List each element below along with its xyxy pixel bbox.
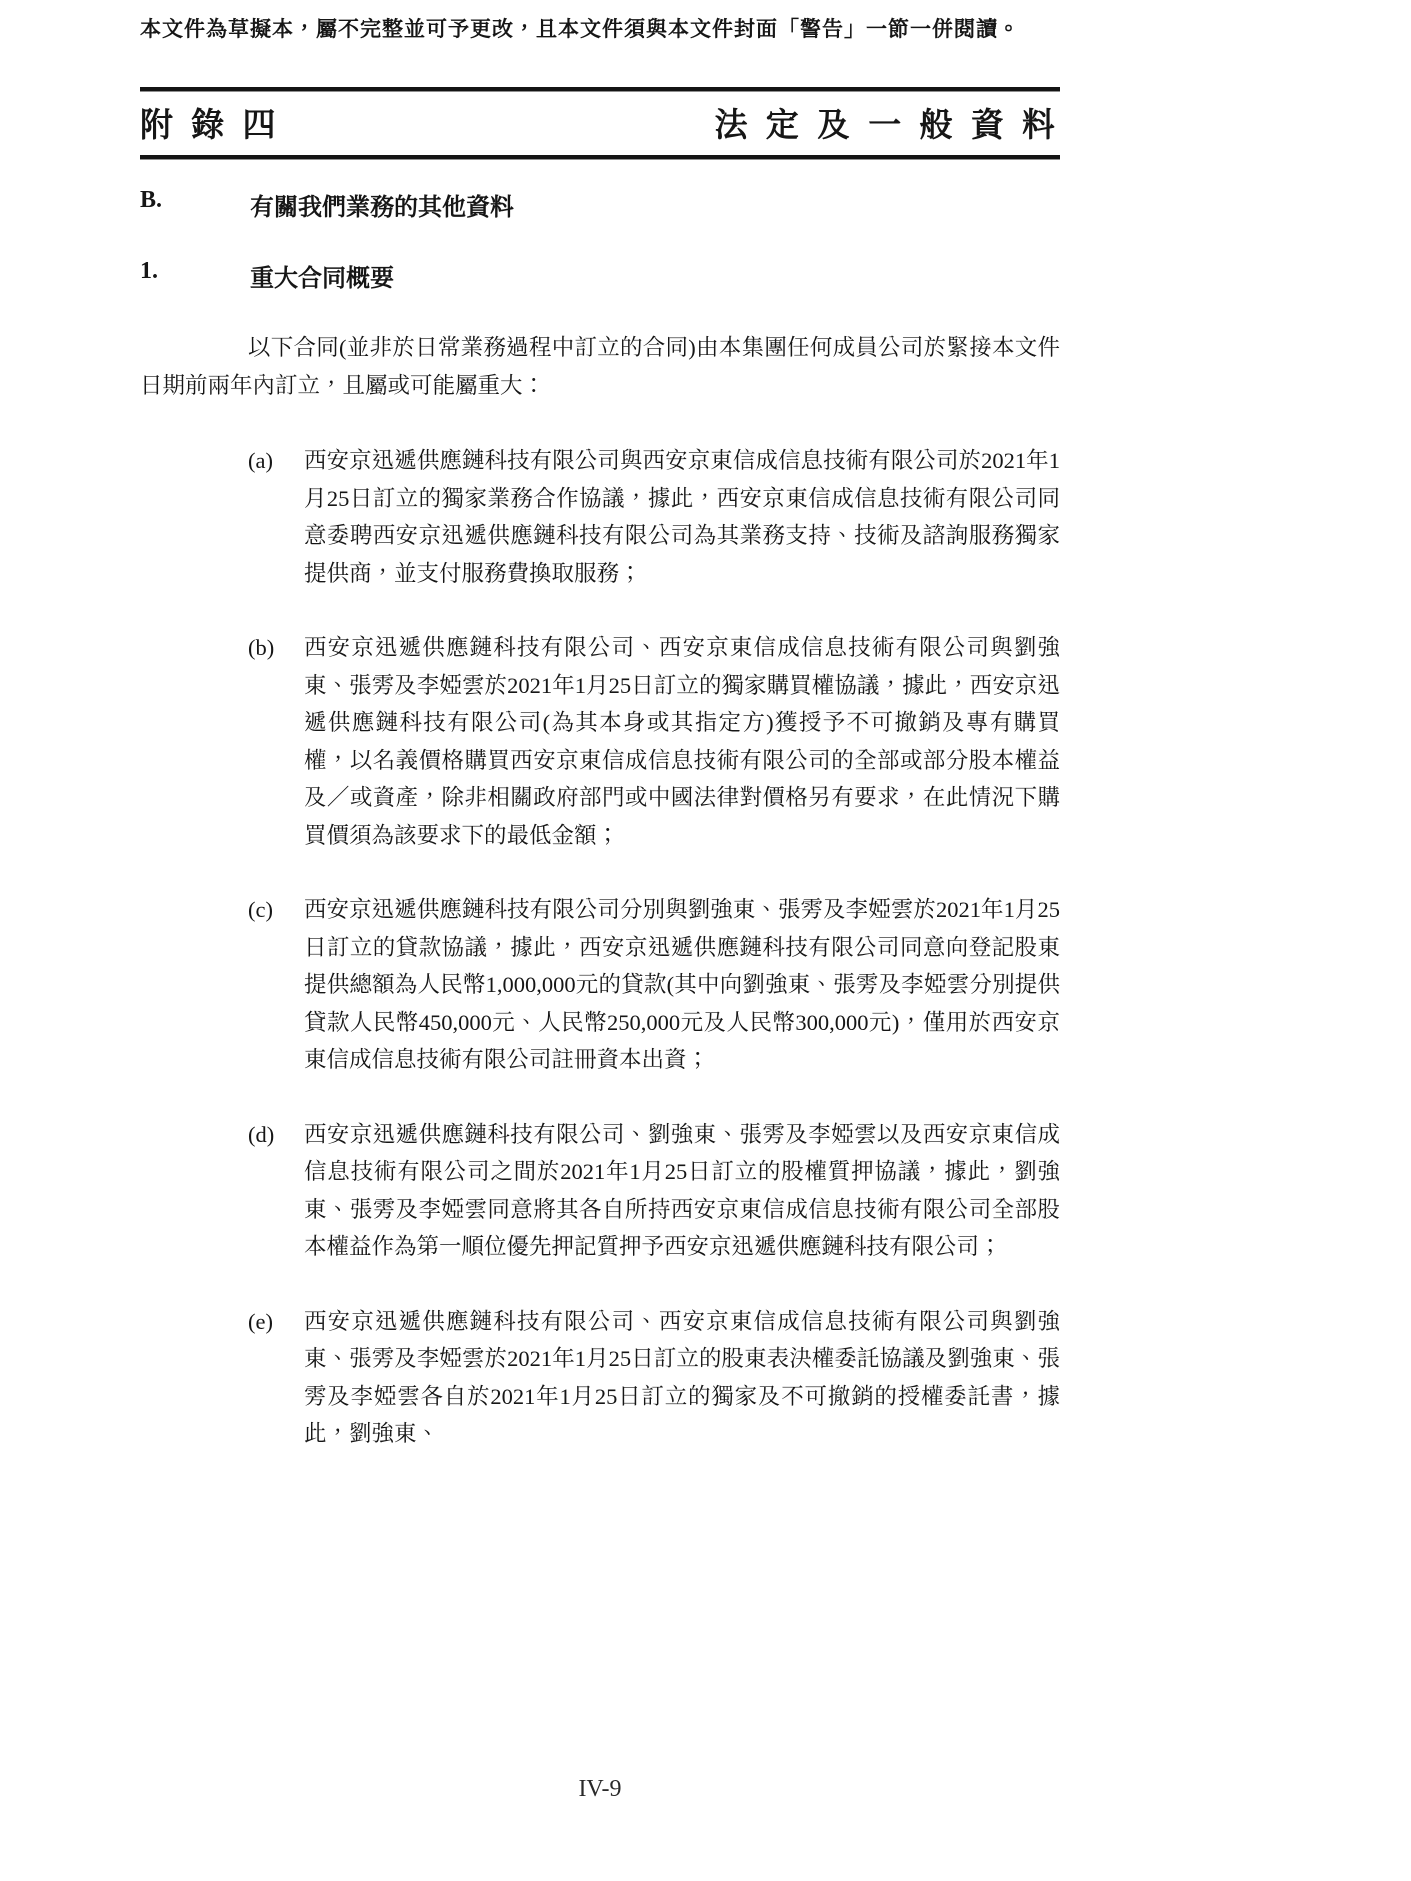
section-title: 有關我們業務的其他資料 bbox=[250, 187, 514, 222]
appendix-section-title: 法 定 及 一 般 資 料 bbox=[715, 99, 1061, 146]
subsection-heading: 1. 重大合同概要 bbox=[140, 258, 1060, 293]
section-label: B. bbox=[140, 187, 250, 222]
item-text: 西安京迅遞供應鏈科技有限公司分別與劉強東、張雱及李婭雲於2021年1月25日訂立… bbox=[304, 891, 1060, 1079]
subsection-label: 1. bbox=[140, 258, 250, 293]
item-label: (a) bbox=[248, 442, 304, 592]
contract-item-a: (a) 西安京迅遞供應鏈科技有限公司與西安京東信成信息技術有限公司於2021年1… bbox=[248, 442, 1060, 592]
item-text: 西安京迅遞供應鏈科技有限公司、西安京東信成信息技術有限公司與劉強東、張雱及李婭雲… bbox=[304, 629, 1060, 854]
draft-disclaimer-text: 本文件為草擬本，屬不完整並可予更改，且本文件須與本文件封面「警告」一節一併閱讀。 bbox=[140, 0, 1060, 43]
item-label: (b) bbox=[248, 629, 304, 854]
item-label: (c) bbox=[248, 891, 304, 1079]
section-heading: B. 有關我們業務的其他資料 bbox=[140, 187, 1060, 222]
intro-paragraph: 以下合同(並非於日常業務過程中訂立的合同)由本集團任何成員公司於緊接本文件日期前… bbox=[140, 329, 1060, 405]
page-content: 本文件為草擬本，屬不完整並可予更改，且本文件須與本文件封面「警告」一節一併閱讀。… bbox=[140, 0, 1060, 1453]
item-label: (d) bbox=[248, 1116, 304, 1266]
contract-item-b: (b) 西安京迅遞供應鏈科技有限公司、西安京東信成信息技術有限公司與劉強東、張雱… bbox=[248, 629, 1060, 854]
item-text: 西安京迅遞供應鏈科技有限公司、西安京東信成信息技術有限公司與劉強東、張雱及李婭雲… bbox=[304, 1303, 1060, 1453]
contract-item-d: (d) 西安京迅遞供應鏈科技有限公司、劉強東、張雱及李婭雲以及西安京東信成信息技… bbox=[248, 1116, 1060, 1266]
page-number: IV-9 bbox=[140, 1776, 1060, 1803]
appendix-title: 附 錄 四 bbox=[140, 99, 281, 146]
subsection-title: 重大合同概要 bbox=[250, 258, 394, 293]
contract-item-c: (c) 西安京迅遞供應鏈科技有限公司分別與劉強東、張雱及李婭雲於2021年1月2… bbox=[248, 891, 1060, 1079]
appendix-header-band: 附 錄 四 法 定 及 一 般 資 料 bbox=[140, 87, 1060, 160]
item-label: (e) bbox=[248, 1303, 304, 1453]
header-bottom-rule bbox=[140, 155, 1060, 160]
appendix-header-row: 附 錄 四 法 定 及 一 般 資 料 bbox=[140, 92, 1060, 155]
item-text: 西安京迅遞供應鏈科技有限公司、劉強東、張雱及李婭雲以及西安京東信成信息技術有限公… bbox=[304, 1116, 1060, 1266]
document-page: { "page": { "disclaimer": "本文件為草擬本，屬不完整並… bbox=[0, 0, 1411, 1881]
contract-item-e: (e) 西安京迅遞供應鏈科技有限公司、西安京東信成信息技術有限公司與劉強東、張雱… bbox=[248, 1303, 1060, 1453]
item-text: 西安京迅遞供應鏈科技有限公司與西安京東信成信息技術有限公司於2021年1月25日… bbox=[304, 442, 1060, 592]
contract-list: (a) 西安京迅遞供應鏈科技有限公司與西安京東信成信息技術有限公司於2021年1… bbox=[140, 442, 1060, 1453]
